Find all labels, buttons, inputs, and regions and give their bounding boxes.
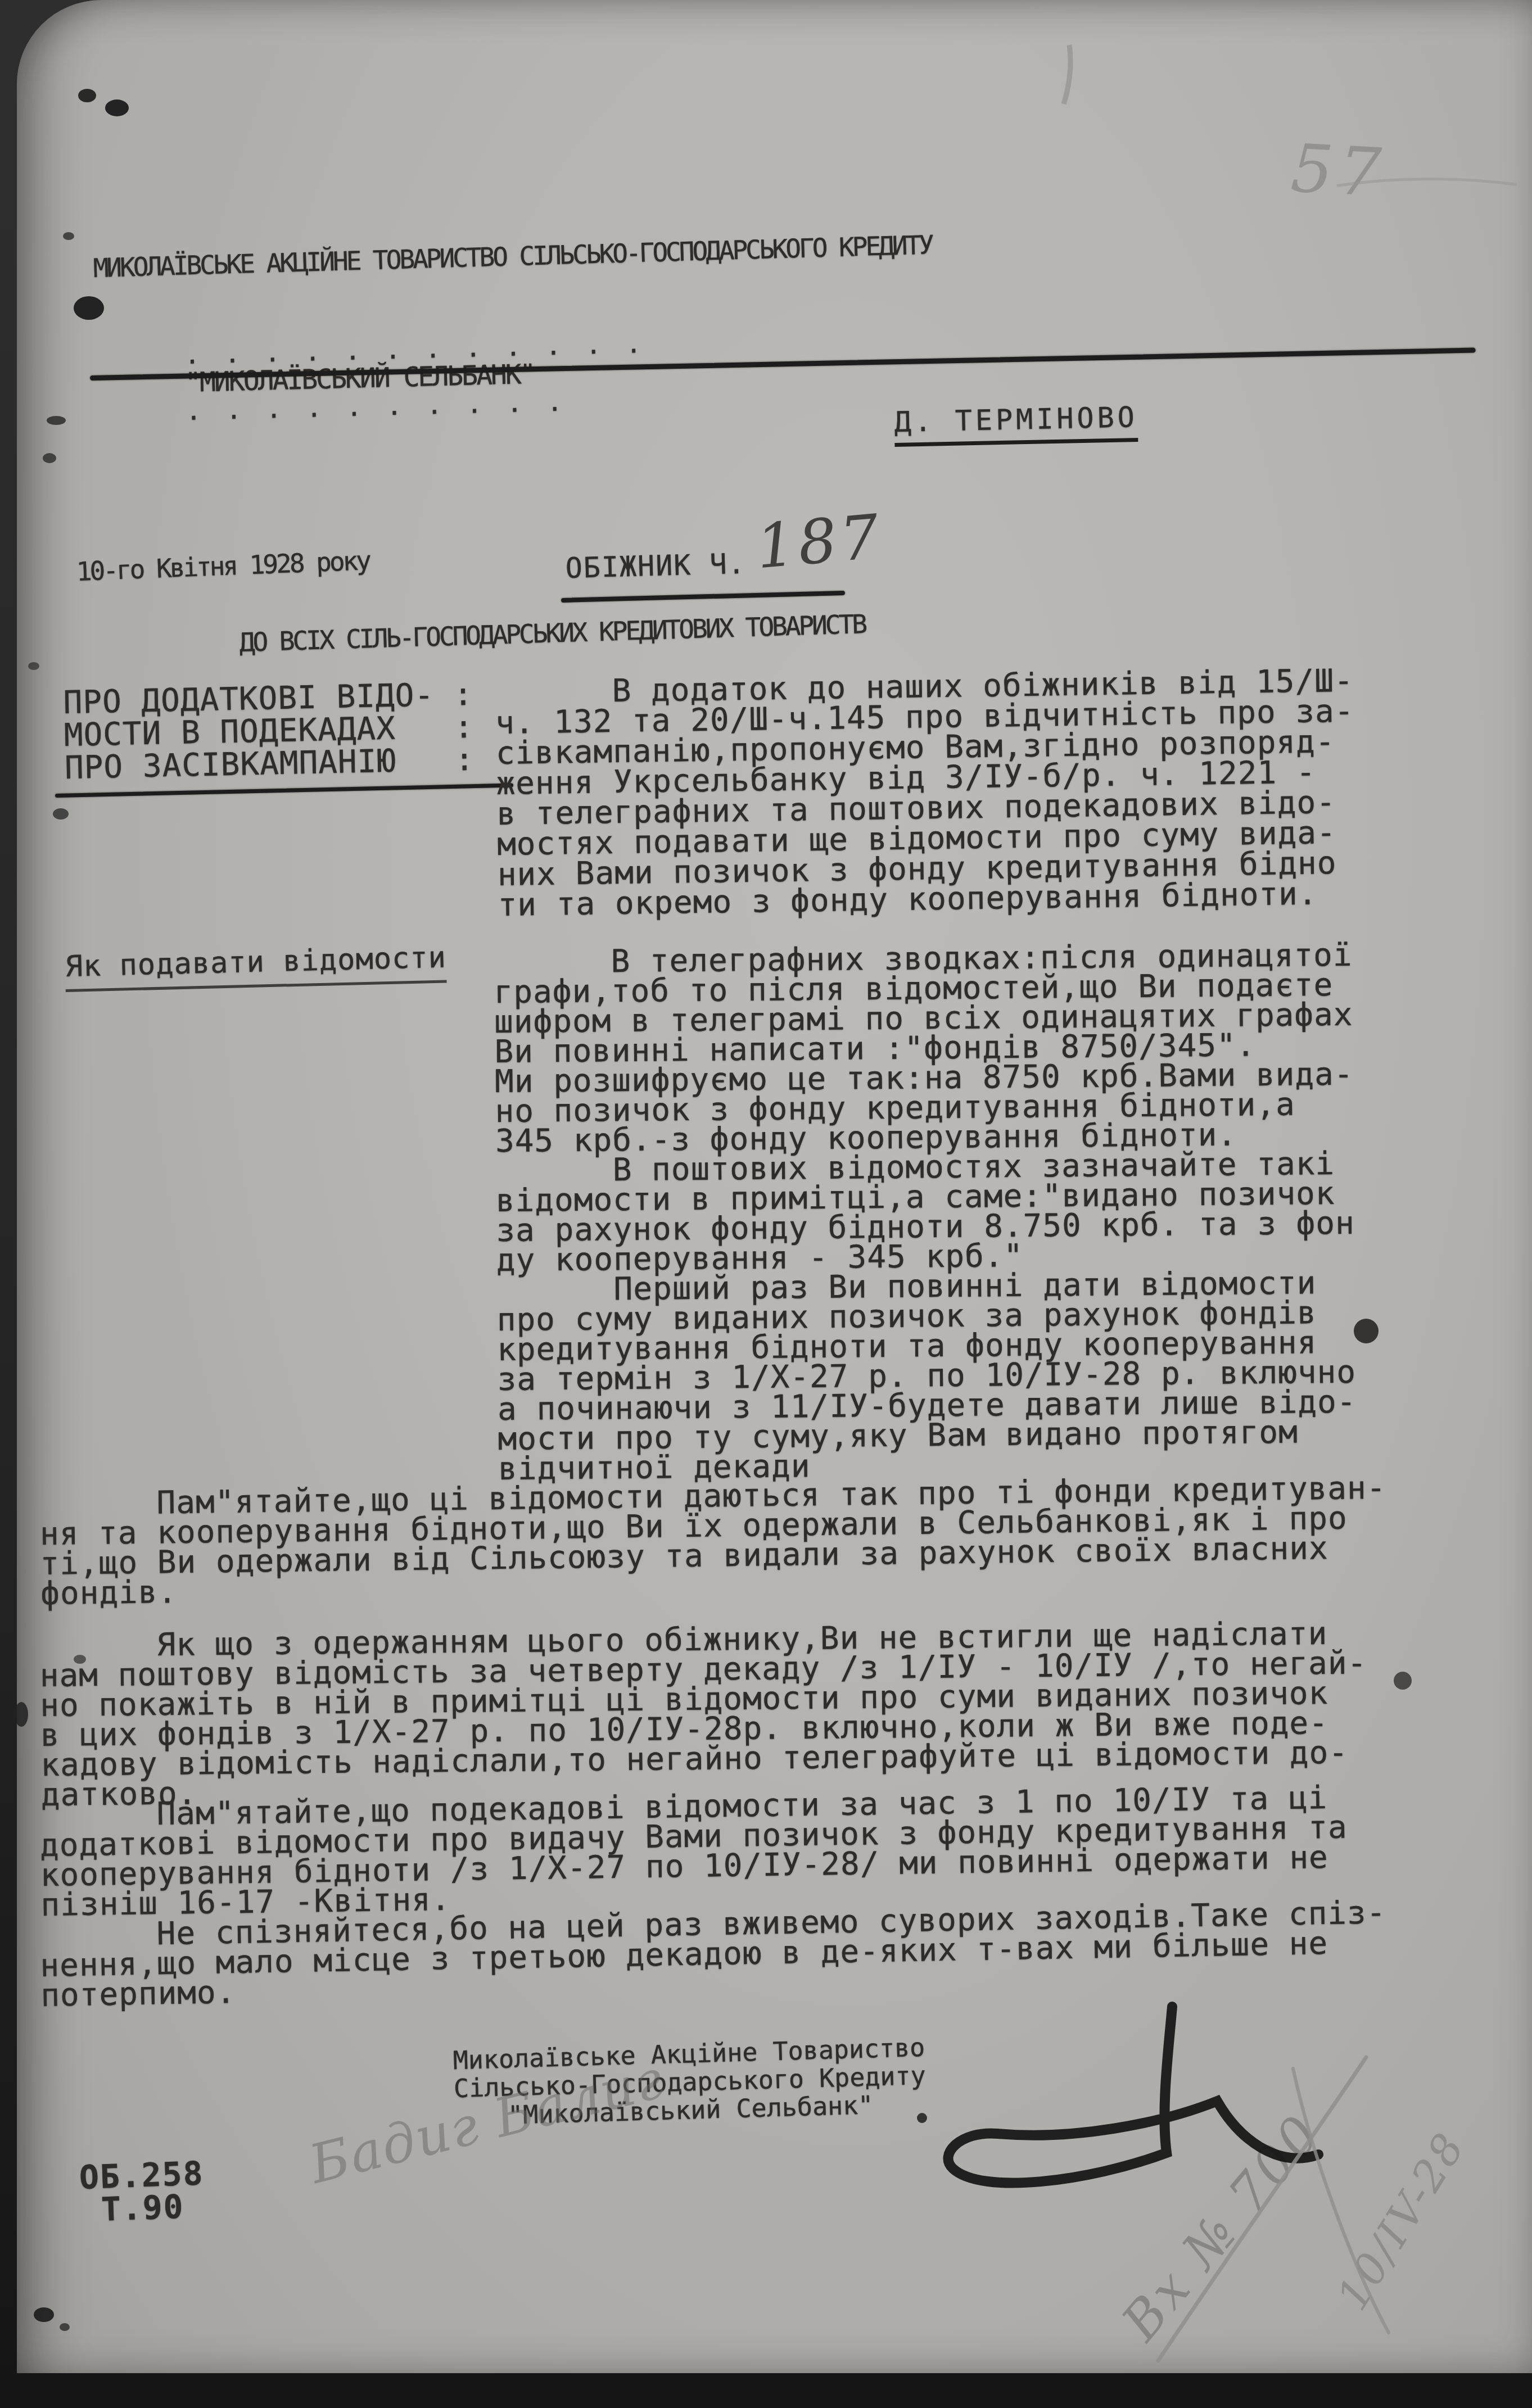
addressee-line: ДО ВСІХ СІЛЬ-ГОСПОДАРСЬКИХ КРЕДИТОВИХ ТО… xyxy=(239,610,866,657)
urgency-note: Д. ТЕРМІНОВО xyxy=(894,401,1138,447)
body-paragraph-4: Як що з одержанням цього обіжнику,Ви не … xyxy=(39,1618,1368,1810)
body-paragraph-1: В додаток до наших обіжників від 15/Ш- ч… xyxy=(495,666,1357,921)
circular-number: 187 xyxy=(753,501,885,582)
org-name-line: МИКОЛАЇВСЬКЕ АКЦІЙНЕ ТОВАРИСТВО СІЛЬСЬКО… xyxy=(93,230,933,282)
body-paragraph-6: Не спізняйтеся,бо на цей раз вживемо сув… xyxy=(39,1898,1388,2011)
ink-blot xyxy=(1394,1672,1412,1690)
incoming-number-note: Вх № 700 xyxy=(1110,2103,1333,2352)
paper-sheet: 57 МИКОЛАЇВСЬКЕ АКЦІЙНЕ ТОВАРИСТВО СІЛЬС… xyxy=(17,0,1532,2373)
how-to-margin-note: Як подавати відомости xyxy=(65,940,447,992)
body-paragraph-2: В телеграфних зводках:після одинацятої г… xyxy=(494,940,1357,1484)
subject-margin-note: ПРО ДОДАТКОВІ ВІДО- : МОСТИ В ПОДЕКАДАХ … xyxy=(63,678,474,785)
date-line: 10-го Квітня 1928 року xyxy=(76,546,370,586)
archive-page-number: 57 xyxy=(1289,129,1389,212)
document-scan-page: 57 МИКОЛАЇВСЬКЕ АКЦІЙНЕ ТОВАРИСТВО СІЛЬС… xyxy=(0,0,1532,2408)
circular-underline xyxy=(561,591,845,603)
incoming-date-note: 10/ІV-28 xyxy=(1327,2123,1475,2319)
paper-streak xyxy=(1064,45,1070,104)
circular-label: ОБІЖНИК Ч. xyxy=(565,547,746,585)
ink-blot xyxy=(1354,1319,1379,1343)
print-code-stamp: ОБ.258 Т.90 xyxy=(79,2157,205,2226)
subject-underline xyxy=(55,784,513,798)
body-paragraph-3: Пам"ятайте,що ці відомости даються так п… xyxy=(39,1473,1388,1609)
